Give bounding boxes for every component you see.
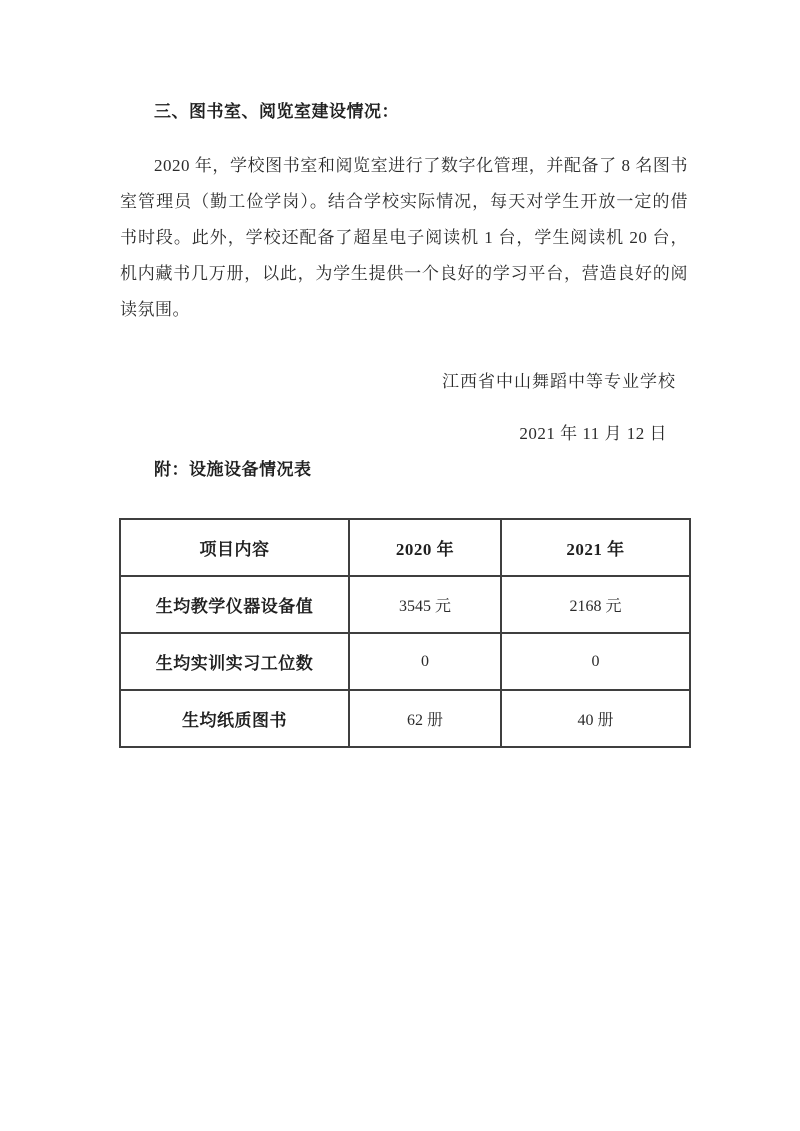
cell-stations-2021: 0 <box>501 633 690 690</box>
row-label-training-stations: 生均实训实习工位数 <box>120 633 349 690</box>
row-label-equipment-value: 生均教学仪器设备值 <box>120 576 349 633</box>
body-paragraph: 2020 年，学校图书室和阅览室进行了数字化管理，并配备了 8 名图书室管理员（… <box>120 148 688 328</box>
header-cell-2020: 2020 年 <box>349 519 501 576</box>
facilities-table: 项目内容 2020 年 2021 年 生均教学仪器设备值 3545 元 2168… <box>119 518 691 748</box>
cell-books-2021: 40 册 <box>501 690 690 747</box>
section-heading: 三、图书室、阅览室建设情况： <box>120 98 688 126</box>
table-header-row: 项目内容 2020 年 2021 年 <box>120 519 690 576</box>
table-row: 生均教学仪器设备值 3545 元 2168 元 <box>120 576 690 633</box>
document-content: 三、图书室、阅览室建设情况： 2020 年，学校图书室和阅览室进行了数字化管理，… <box>120 0 688 748</box>
table-row: 生均纸质图书 62 册 40 册 <box>120 690 690 747</box>
header-cell-item: 项目内容 <box>120 519 349 576</box>
header-cell-2021: 2021 年 <box>501 519 690 576</box>
attachment-label: 附：设施设备情况表 <box>120 452 688 488</box>
row-label-paper-books: 生均纸质图书 <box>120 690 349 747</box>
signature-date: 2021 年 11 月 12 日 <box>120 416 688 452</box>
cell-books-2020: 62 册 <box>349 690 501 747</box>
cell-stations-2020: 0 <box>349 633 501 690</box>
document-page: 三、图书室、阅览室建设情况： 2020 年，学校图书室和阅览室进行了数字化管理，… <box>0 0 800 1131</box>
cell-equipment-2021: 2168 元 <box>501 576 690 633</box>
cell-equipment-2020: 3545 元 <box>349 576 501 633</box>
signature-school-name: 江西省中山舞蹈中等专业学校 <box>120 364 688 400</box>
table-row: 生均实训实习工位数 0 0 <box>120 633 690 690</box>
